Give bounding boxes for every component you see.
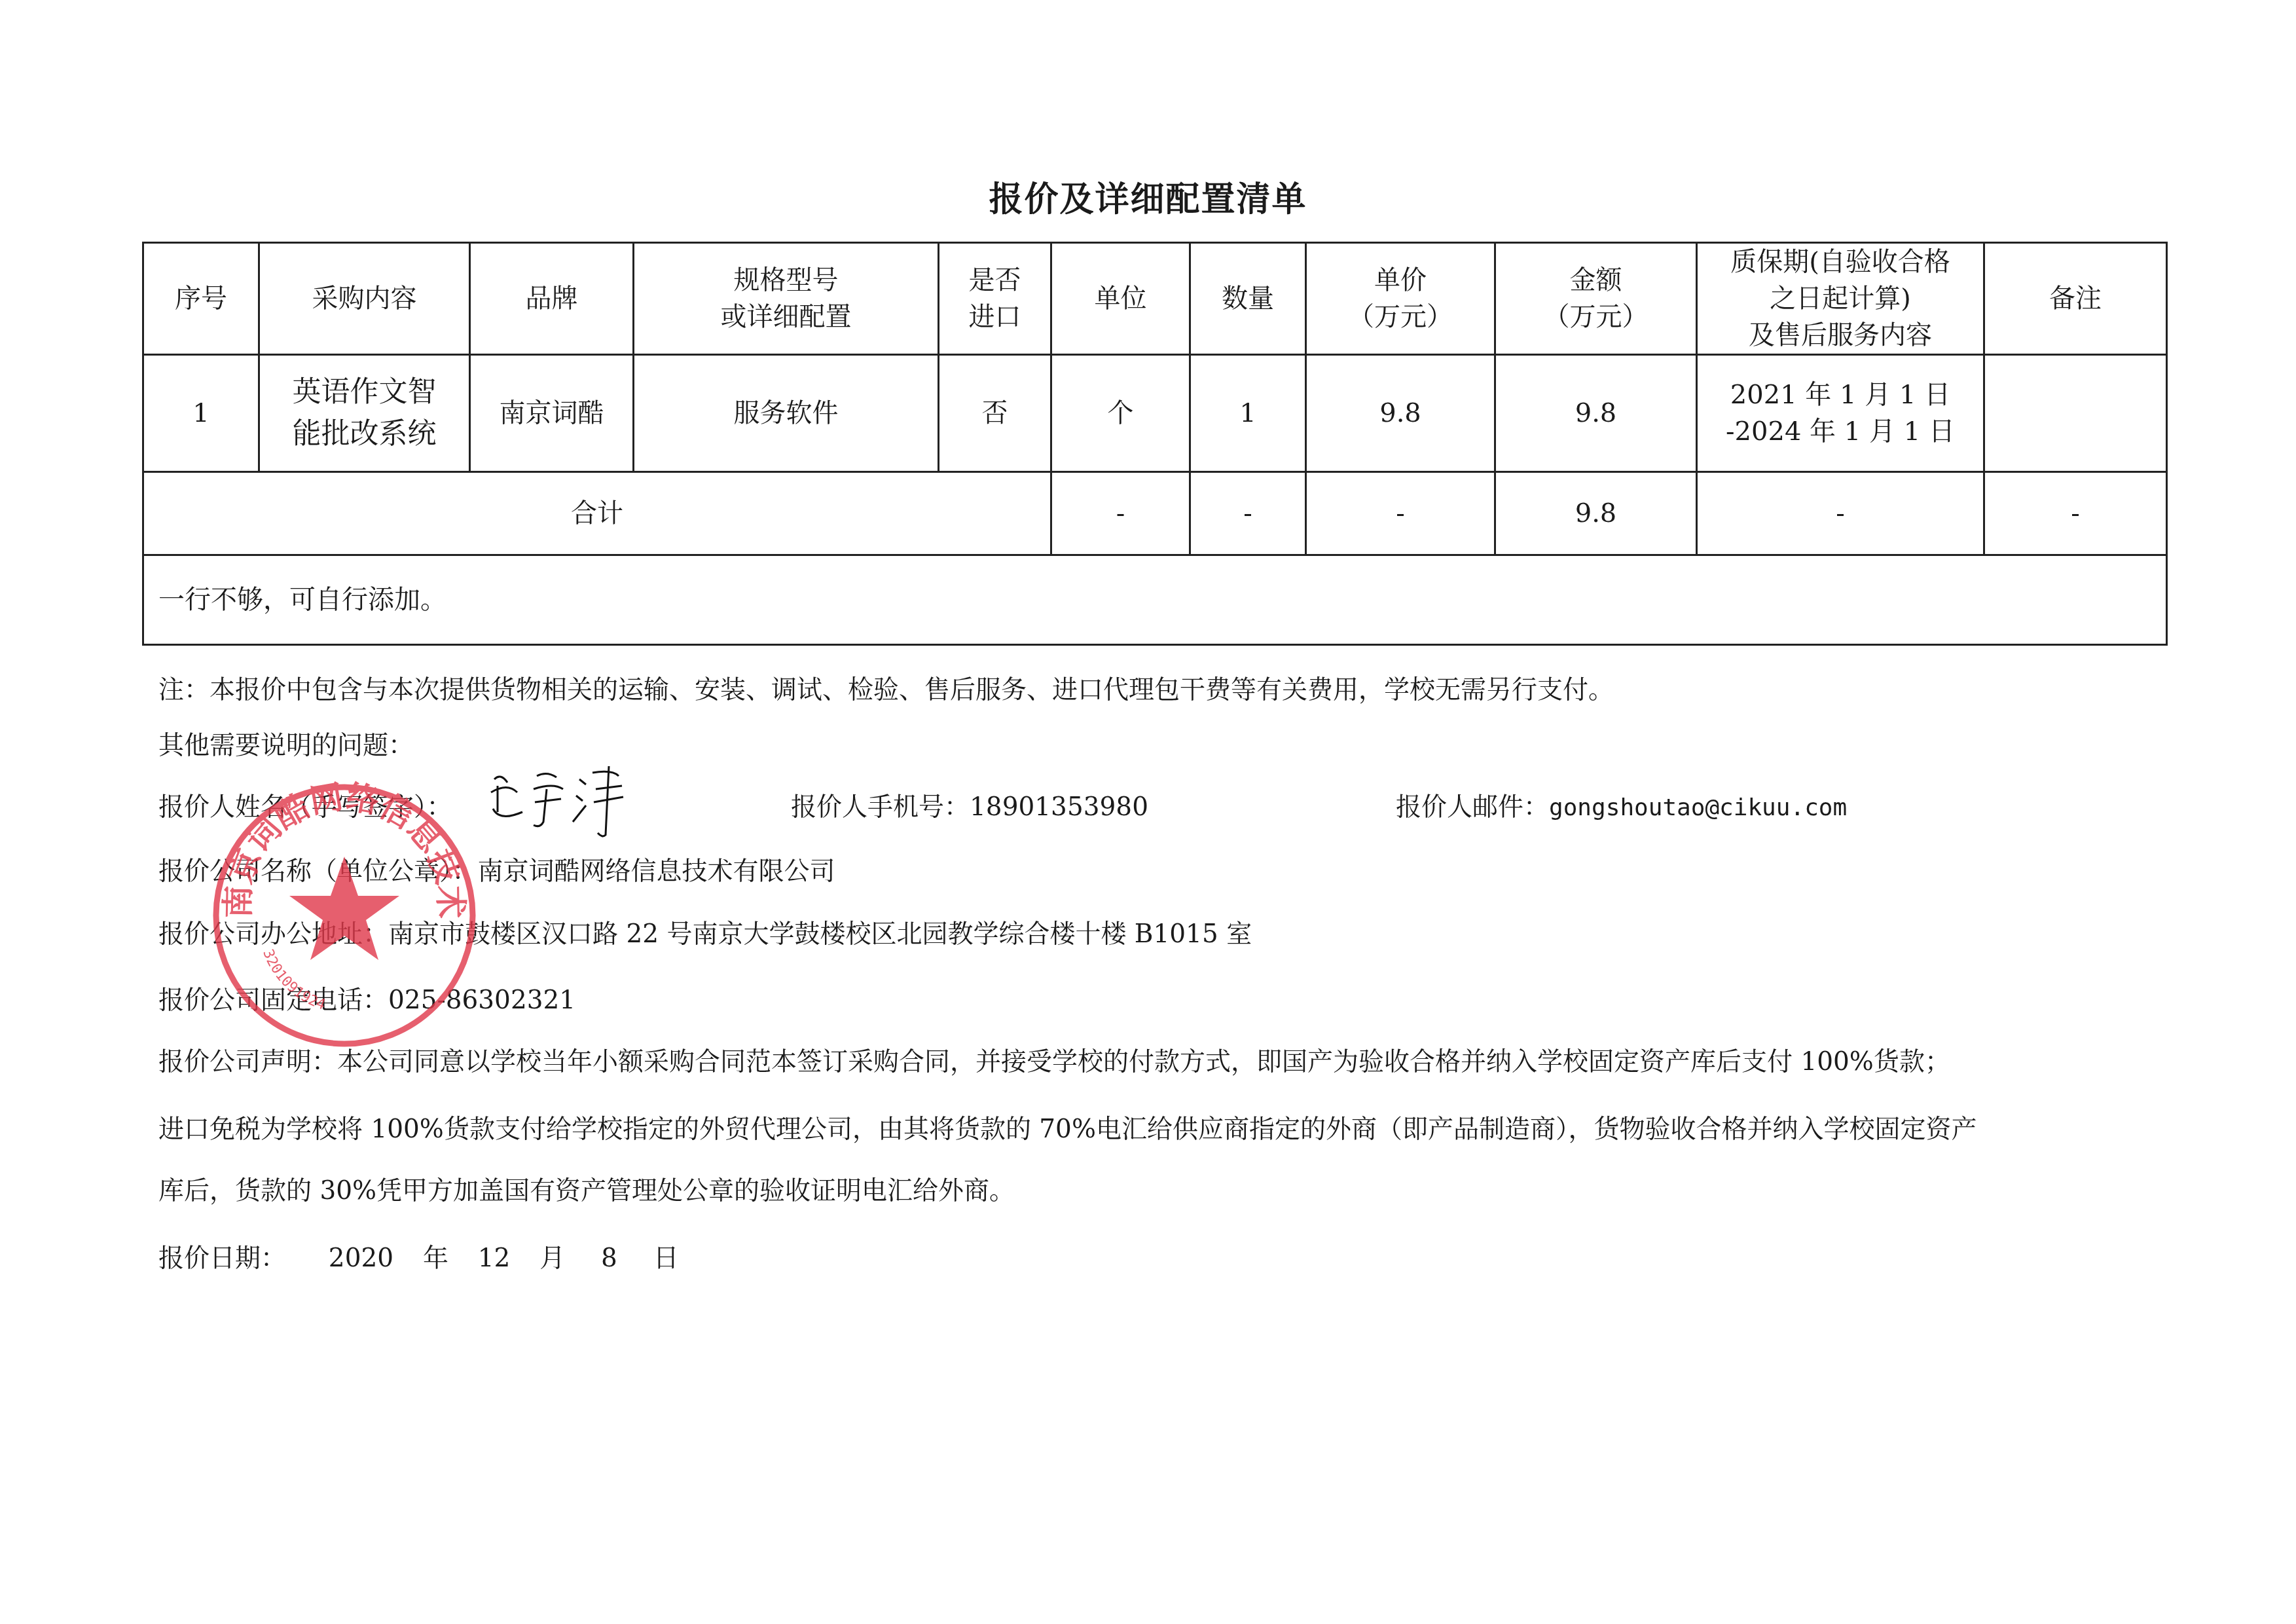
header-index: 序号	[143, 243, 259, 355]
document-title: 报价及详细配置清单	[0, 172, 2296, 221]
quote-date-label: 报价日期：	[158, 1244, 286, 1273]
header-unit-price: 单价 （万元）	[1306, 243, 1495, 355]
cell-warranty: 2021 年 1 月 1 日 -2024 年 1 月 1 日	[1697, 355, 1984, 472]
header-unit-price-line1: 单价	[1307, 262, 1494, 299]
total-unit-price: -	[1306, 472, 1495, 555]
quoter-name-label: 报价人姓名（手写签字）：	[158, 786, 452, 823]
quoter-email: 报价人邮件：gongshoutao@cikuu.com	[1396, 786, 1847, 823]
header-import-line2: 进口	[939, 299, 1050, 335]
company-phone: 025-86302321	[388, 986, 575, 1015]
handwritten-signature	[481, 760, 638, 838]
company-address-label: 报价公司办公地址：	[158, 919, 388, 949]
cell-qty: 1	[1190, 355, 1306, 472]
header-amount-line2: （万元）	[1496, 299, 1696, 335]
header-amount: 金额 （万元）	[1495, 243, 1697, 355]
cell-import: 否	[939, 355, 1051, 472]
header-remarks: 备注	[1984, 243, 2167, 355]
company-name-label: 报价公司名称（单位公章）：	[158, 857, 478, 886]
header-warranty-line2: 之日起计算)	[1698, 280, 1983, 317]
quote-date-year-unit: 年	[423, 1244, 448, 1273]
cell-warranty-line1: 2021 年 1 月 1 日	[1698, 377, 1983, 413]
quote-date-month: 12	[478, 1244, 511, 1273]
note-row: 一行不够，可自行添加。	[143, 555, 2167, 645]
company-statement-line3: 库后，货款的 30%凭甲方加盖国有资产管理处公章的验收证明电汇给外商。	[158, 1170, 1015, 1207]
note-row-text: 一行不够，可自行添加。	[143, 555, 2167, 645]
header-qty: 数量	[1190, 243, 1306, 355]
company-statement-label: 报价公司声明：	[158, 1047, 337, 1077]
header-import-line1: 是否	[939, 262, 1050, 299]
total-row: 合计 - - - 9.8 - -	[143, 472, 2167, 555]
company-name: 南京词酷网络信息技术有限公司	[478, 857, 835, 886]
cell-spec: 服务软件	[634, 355, 939, 472]
quote-date-day-unit: 日	[653, 1244, 679, 1273]
cell-remarks	[1984, 355, 2167, 472]
total-amount: 9.8	[1495, 472, 1697, 555]
email-label: 报价人邮件：	[1396, 792, 1549, 822]
fee-note: 注：本报价中包含与本次提供货物相关的运输、安装、调试、检验、售后服务、进口代理包…	[158, 669, 1614, 706]
table-row: 1 英语作文智 能批改系统 南京词酷 服务软件 否 个 1 9.8 9.8 20…	[143, 355, 2167, 472]
total-warranty: -	[1697, 472, 1984, 555]
table-header-row: 序号 采购内容 品牌 规格型号 或详细配置 是否 进口 单位 数量 单价 （万元…	[143, 243, 2167, 355]
cell-item-line1: 英语作文智	[260, 371, 469, 413]
company-address-line: 报价公司办公地址：南京市鼓楼区汉口路 22 号南京大学鼓楼校区北园教学综合楼十楼…	[158, 913, 1252, 950]
mobile-label: 报价人手机号：	[791, 792, 970, 822]
header-warranty-line1: 质保期(自验收合格	[1698, 244, 1983, 280]
email-value: gongshoutao@cikuu.com	[1549, 794, 1847, 821]
company-phone-line: 报价公司固定电话：025-86302321	[158, 980, 575, 1016]
cell-index: 1	[143, 355, 259, 472]
mobile-value: 18901353980	[970, 792, 1148, 822]
quote-date-day: 8	[601, 1244, 617, 1273]
cell-amount: 9.8	[1495, 355, 1697, 472]
header-brand: 品牌	[470, 243, 634, 355]
company-address: 南京市鼓楼区汉口路 22 号南京大学鼓楼校区北园教学综合楼十楼 B1015 室	[388, 919, 1252, 949]
header-item: 采购内容	[259, 243, 470, 355]
cell-item: 英语作文智 能批改系统	[259, 355, 470, 472]
header-amount-line1: 金额	[1496, 262, 1696, 299]
cell-warranty-line2: -2024 年 1 月 1 日	[1698, 413, 1983, 450]
header-unit-price-line2: （万元）	[1307, 299, 1494, 335]
company-statement-text1: 本公司同意以学校当年小额采购合同范本签订采购合同，并接受学校的付款方式，即国产为…	[337, 1047, 1950, 1077]
total-unit: -	[1051, 472, 1190, 555]
header-spec-line1: 规格型号	[634, 262, 938, 299]
cell-brand: 南京词酷	[470, 355, 634, 472]
total-qty: -	[1190, 472, 1306, 555]
total-label: 合计	[143, 472, 1051, 555]
cell-item-line2: 能批改系统	[260, 413, 469, 455]
header-warranty-line3: 及售后服务内容	[1698, 317, 1983, 354]
quoter-mobile: 报价人手机号：18901353980	[791, 786, 1148, 823]
cell-unit-price: 9.8	[1306, 355, 1495, 472]
company-phone-label: 报价公司固定电话：	[158, 986, 388, 1015]
company-statement-line1: 报价公司声明：本公司同意以学校当年小额采购合同范本签订采购合同，并接受学校的付款…	[158, 1041, 1950, 1078]
company-statement-line2: 进口免税为学校将 100%货款支付给学校指定的外贸代理公司，由其将货款的 70%…	[158, 1109, 1977, 1145]
other-issues-label: 其他需要说明的问题：	[158, 725, 414, 762]
quote-table: 序号 采购内容 品牌 规格型号 或详细配置 是否 进口 单位 数量 单价 （万元…	[142, 242, 2168, 646]
header-warranty: 质保期(自验收合格 之日起计算) 及售后服务内容	[1697, 243, 1984, 355]
total-remarks: -	[1984, 472, 2167, 555]
quote-date-year: 2020	[329, 1244, 393, 1273]
company-name-line: 报价公司名称（单位公章）：南京词酷网络信息技术有限公司	[158, 851, 835, 887]
header-import: 是否 进口	[939, 243, 1051, 355]
header-spec-line2: 或详细配置	[634, 299, 938, 335]
cell-unit: 个	[1051, 355, 1190, 472]
header-unit: 单位	[1051, 243, 1190, 355]
quote-date-month-unit: 月	[539, 1244, 565, 1273]
header-spec: 规格型号 或详细配置	[634, 243, 939, 355]
quote-date-line: 报价日期： 2020 年 12 月 8 日	[158, 1238, 679, 1274]
